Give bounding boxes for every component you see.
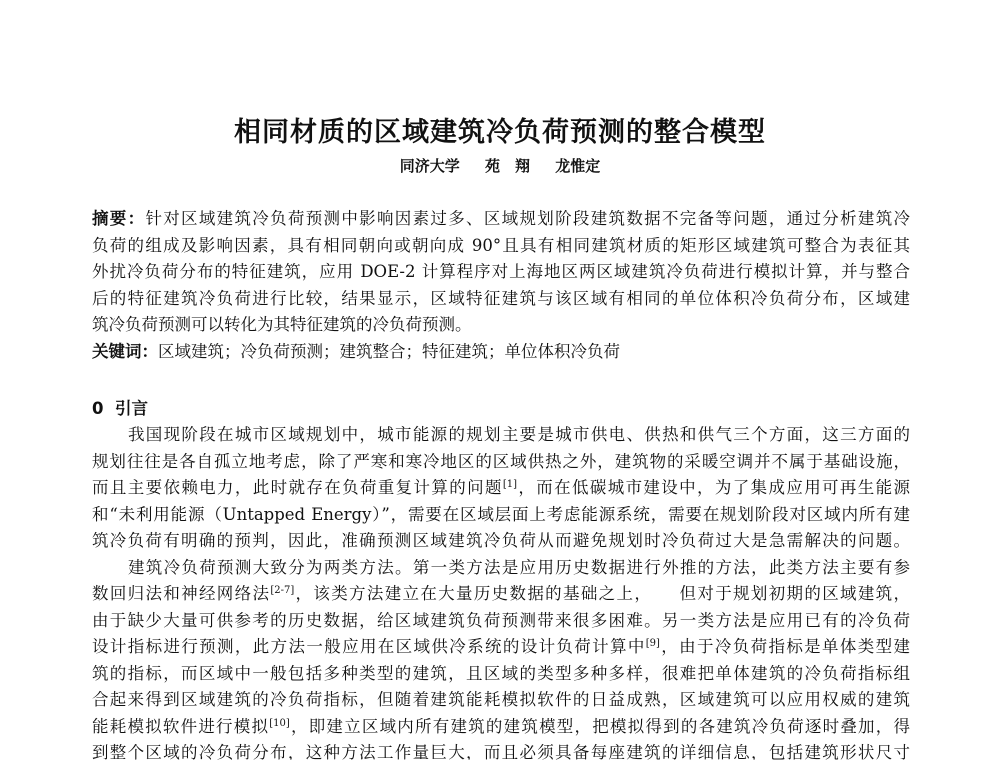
abstract-line: 外扰冷负荷分布的特征建筑，应用 DOE-2 计算程序对上海地区两区域建筑冷负荷进…: [92, 259, 910, 286]
paragraph-line: 和“未利用能源（Untapped Energy）”，需要在区域层面上考虑能源系统…: [92, 502, 910, 529]
citation: [10]: [269, 718, 290, 729]
paper-title: 相同材质的区域建筑冷负荷预测的整合模型: [0, 110, 1000, 149]
paragraph-line: 筑冷负荷有明确的预判，因此，准确预测区域建筑冷负荷从而避免规划时冷负荷过大是急需…: [92, 528, 910, 555]
paragraph-line: 数回归法和神经网络法[2-7]，该类方法建立在大量历史数据的基础之上， 但对于规…: [92, 581, 910, 608]
citation: [9]: [646, 638, 660, 649]
author-name: 苑 翔: [485, 157, 530, 175]
affiliation: 同济大学: [400, 157, 460, 175]
paragraph-line: 到整个区域的冷负荷分布，这种方法工作量巨大，而且必须具备每座建筑的详细信息，包括…: [92, 740, 910, 760]
paragraph-line: 建筑冷负荷预测大致分为两类方法。第一类方法是应用历史数据进行外推的方法，此类方法…: [92, 555, 910, 582]
author-name: 龙惟定: [555, 157, 600, 175]
paragraph-line: 能耗模拟软件进行模拟[10]，即建立区域内所有建筑的建筑模型，把模拟得到的各建筑…: [92, 714, 910, 741]
paragraph-line: 合起来得到区域建筑的冷负荷指标，但随着建筑能耗模拟软件的日益成熟，区域建筑可以应…: [92, 687, 910, 714]
keywords-text: 区域建筑；冷负荷预测；建筑整合；特征建筑；单位体积冷负荷: [158, 342, 620, 361]
paragraph-line: 我国现阶段在城市区域规划中，城市能源的规划主要是城市供电、供热和供气三个方面，这…: [92, 422, 910, 449]
abstract-line: 后的特征建筑冷负荷进行比较，结果显示，区域特征建筑与该区域有相同的单位体积冷负荷…: [92, 286, 910, 313]
section-heading: 0 引言: [92, 396, 910, 422]
abstract-line: 负荷的组成及影响因素，具有相同朝向或朝向成 90°且具有相同建筑材质的矩形区域建…: [92, 233, 910, 260]
keywords-label: 关键词：: [92, 342, 158, 361]
keywords-line: 关键词：区域建筑；冷负荷预测；建筑整合；特征建筑；单位体积冷负荷: [92, 339, 910, 366]
abstract-label: 摘要：: [92, 209, 145, 228]
abstract-block: 摘要：针对区域建筑冷负荷预测中影响因素过多、区域规划阶段建筑数据不完备等问题，通…: [92, 206, 910, 365]
abstract-line: 摘要：针对区域建筑冷负荷预测中影响因素过多、区域规划阶段建筑数据不完备等问题，通…: [92, 206, 910, 233]
paragraph-line: 筑的指标，而区域中一般包括多种类型的建筑，且区域的类型多种多样，很难把单体建筑的…: [92, 661, 910, 688]
paragraph-line: 由于缺少大量可供参考的历史数据，给区域建筑负荷预测带来很多困难。另一类方法是应用…: [92, 608, 910, 635]
author-line: 同济大学 苑 翔 龙惟定: [0, 155, 1000, 176]
citation: [2-7]: [270, 585, 294, 596]
section-intro: 0 引言 我国现阶段在城市区域规划中，城市能源的规划主要是城市供电、供热和供气三…: [92, 396, 910, 760]
citation: [1]: [503, 479, 517, 490]
paragraph-line: 设计指标进行预测，此方法一般应用在区域供冷系统的设计负荷计算中[9]，由于冷负荷…: [92, 634, 910, 661]
paragraph-line: 而且主要依赖电力，此时就存在负荷重复计算的问题[1]，而在低碳城市建设中，为了集…: [92, 475, 910, 502]
abstract-line: 筑冷负荷预测可以转化为其特征建筑的冷负荷预测。: [92, 312, 910, 339]
paragraph-line: 规划往往是各自孤立地考虑，除了严寒和寒冷地区的区域供热之外，建筑物的采暖空调并不…: [92, 449, 910, 476]
